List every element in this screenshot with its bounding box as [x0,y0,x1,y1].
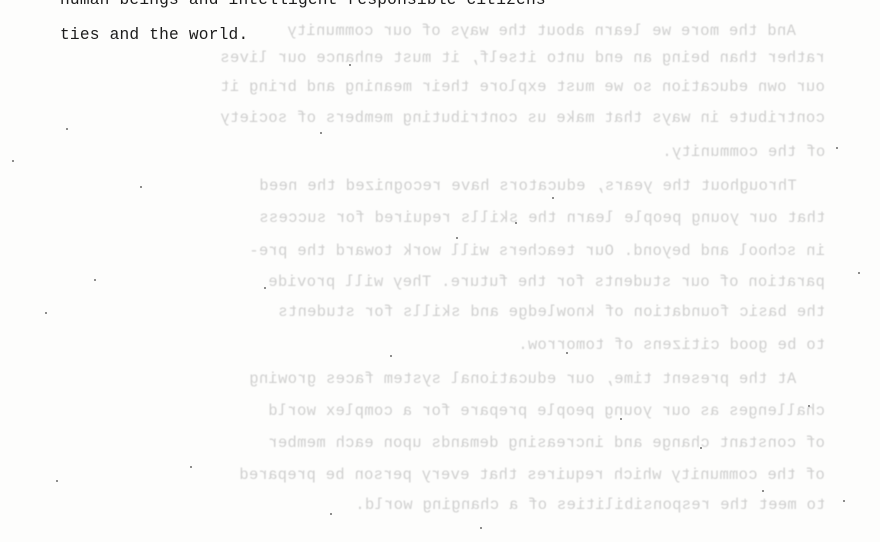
scan-speck [762,490,764,492]
bleed-through-line: our own education so we must explore the… [220,78,825,96]
scan-speck [390,355,392,357]
bleed-through-line: of the community. [662,143,825,161]
bleed-through-line: contribute in ways that make us contribu… [220,109,825,127]
bleed-through-line: rather than being an end unto itself, it… [220,49,825,67]
bleed-through-line: challenges as our young people prepare f… [268,402,825,420]
bleed-through-line: Throughout the years, educators have rec… [259,177,826,195]
bleed-through-line: At the present time, our educational sys… [249,370,825,388]
scan-speck [45,312,47,314]
scan-speck [94,279,96,281]
document-line-2: ties and the world. [60,26,248,44]
document-line-1: human beings and intelligent responsible… [60,0,546,9]
scan-speck [264,287,266,289]
scan-speck [330,513,332,515]
bleed-through-line: in school and beyond. Our teachers will … [249,242,825,260]
bleed-through-line: of the community which requires that eve… [239,466,825,484]
scan-speck [12,160,14,162]
scan-speck [836,147,838,149]
bleed-through-line: to be good citizens of tomorrow. [518,336,825,354]
scan-speck [843,500,845,502]
bleed-through-line: the basic foundation of knowledge and sk… [278,303,825,321]
scan-speck [552,197,554,199]
scan-speck [56,480,58,482]
bleed-through-line: paration of our students for the future.… [268,273,825,291]
bleed-through-line: to meet the responsibilities of a changi… [355,496,825,514]
bleed-through-line: And the more we learn about the ways of … [287,22,825,40]
bleed-through-line: that our young people learn the skills r… [259,209,826,227]
scan-speck [456,237,458,239]
scan-speck [858,272,860,274]
scan-speck [320,132,322,134]
scan-speck [66,128,68,130]
scan-speck [480,527,482,529]
scan-speck [190,466,192,468]
scan-speck [140,186,142,188]
bleed-through-line: of constant change and increasing demand… [268,434,825,452]
